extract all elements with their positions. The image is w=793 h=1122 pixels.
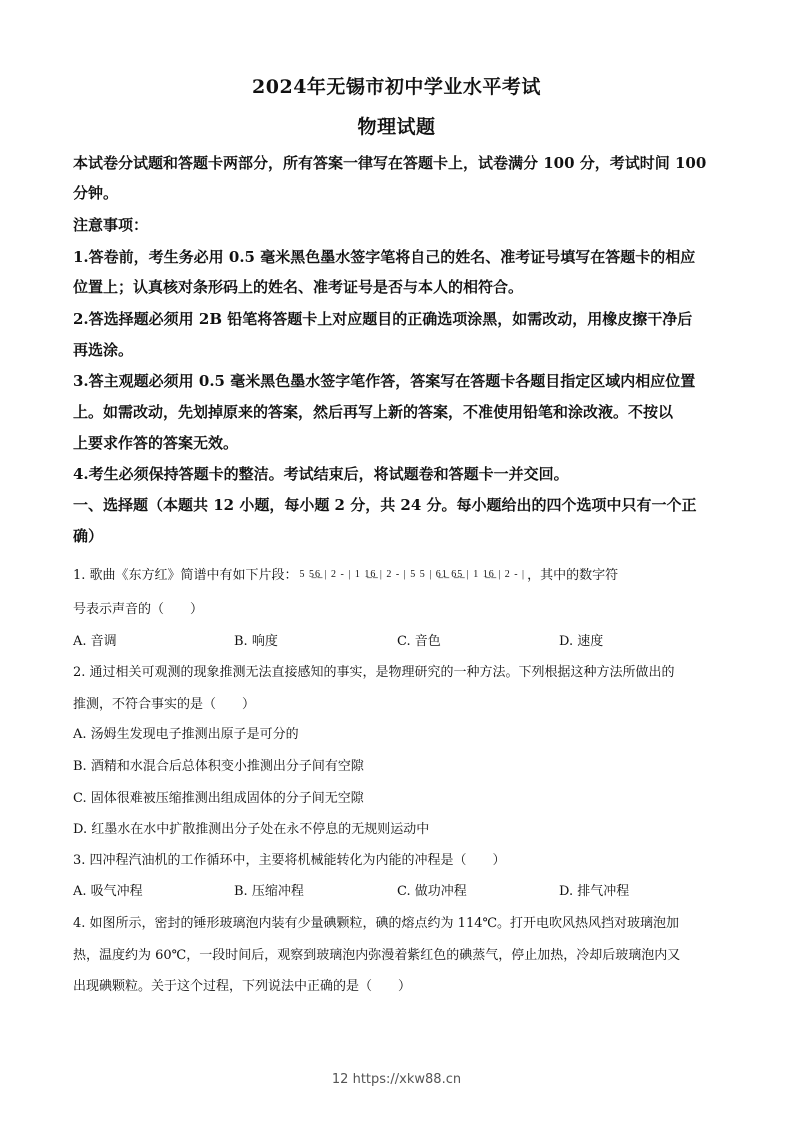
question-1-stem-line-2: 号表示声音的（ ） [73, 598, 733, 617]
intro-line-1: 本试卷分试题和答题卡两部分，所有答案一律写在答题卡上，试卷满分 100 分，考试… [73, 152, 733, 173]
page-footer-watermark: 12 https://xkw88.cn [0, 1072, 793, 1087]
question-2-option-d[interactable]: D. 红墨水在水中扩散推测出分子处在永不停息的无规则运动中 [73, 818, 429, 837]
question-3-option-a[interactable]: A. 吸气冲程 [73, 880, 143, 899]
question-1-option-d[interactable]: D. 速度 [559, 630, 603, 649]
question-2-stem-line-1: 2. 通过相关可观测的现象推测无法直接感知的事实，是物理研究的一种方法。下列根据… [73, 661, 733, 680]
exam-title: 2024年无锡市初中学业水平考试 [0, 72, 793, 99]
question-4-stem-line-1: 4. 如图所示，密封的锤形玻璃泡内装有少量碘颗粒，碘的熔点约为 114℃。打开电… [73, 912, 733, 931]
notice-line-3: 2.答选择题必须用 2B 铅笔将答题卡上对应题目的正确选项涂黑，如需改动，用橡皮… [73, 308, 733, 329]
question-1-option-b[interactable]: B. 响度 [234, 630, 278, 649]
notice-line-7: 上要求作答的答案无效。 [73, 432, 733, 453]
question-1-option-c[interactable]: C. 音色 [397, 630, 441, 649]
question-3-option-c[interactable]: C. 做功冲程 [397, 880, 467, 899]
question-4-stem-line-2: 热，温度约为 60℃，一段时间后，观察到玻璃泡内弥漫着紫红色的碘蒸气，停止加热，… [73, 944, 733, 963]
intro-line-2: 分钟。 [73, 182, 733, 203]
question-3-option-b[interactable]: B. 压缩冲程 [234, 880, 304, 899]
question-2-option-a[interactable]: A. 汤姆生发现电子推测出原子是可分的 [73, 723, 299, 742]
notice-line-4: 再选涂。 [73, 339, 733, 360]
question-2-stem-line-2: 推测，不符合事实的是（ ） [73, 693, 733, 712]
question-3-stem: 3. 四冲程汽油机的工作循环中，主要将机械能转化为内能的冲程是（ ） [73, 849, 733, 868]
notice-line-1: 1.答卷前，考生务必用 0.5 毫米黑色墨水签字笔将自己的姓名、准考证号填写在答… [73, 246, 733, 267]
section-heading-line-2: 确） [73, 525, 733, 546]
question-2-option-b[interactable]: B. 酒精和水混合后总体积变小推测出分子间有空隙 [73, 755, 364, 774]
notice-heading: 注意事项： [73, 214, 733, 235]
music-notation: 5 5̲6̲ | 2 - | 1 1̲6̲ | 2 - | 5 5 | 6̲1̲… [300, 569, 526, 580]
section-heading-line-1: 一、选择题（本题共 12 小题，每小题 2 分，共 24 分。每小题给出的四个选… [73, 494, 733, 515]
notice-line-5: 3.答主观题必须用 0.5 毫米黑色墨水签字笔作答，答案写在答题卡各题目指定区域… [73, 370, 733, 391]
exam-page: 2024年无锡市初中学业水平考试 物理试题 本试卷分试题和答题卡两部分，所有答案… [0, 0, 793, 1122]
question-3-option-d[interactable]: D. 排气冲程 [559, 880, 629, 899]
question-1-suffix: ，其中的数字符 [527, 568, 618, 583]
question-1-option-a[interactable]: A. 音调 [73, 630, 117, 649]
notice-line-2: 位置上；认真核对条形码上的姓名、准考证号是否与本人的相符合。 [73, 276, 733, 297]
notice-line-8: 4.考生必须保持答题卡的整洁。考试结束后，将试题卷和答题卡一并交回。 [73, 463, 733, 484]
question-1-prefix: 1. 歌曲《东方红》简谱中有如下片段： [73, 568, 298, 583]
question-2-option-c[interactable]: C. 固体很难被压缩推测出组成固体的分子间无空隙 [73, 787, 364, 806]
notice-line-6: 上。如需改动，先划掉原来的答案，然后再写上新的答案，不准使用铅笔和涂改液。不按以 [73, 401, 733, 422]
question-4-stem-line-3: 出现碘颗粒。关于这个过程，下列说法中正确的是（ ） [73, 975, 733, 994]
question-1-stem: 1. 歌曲《东方红》简谱中有如下片段：5 5̲6̲ | 2 - | 1 1̲6̲… [73, 564, 733, 583]
exam-subtitle: 物理试题 [0, 112, 793, 139]
